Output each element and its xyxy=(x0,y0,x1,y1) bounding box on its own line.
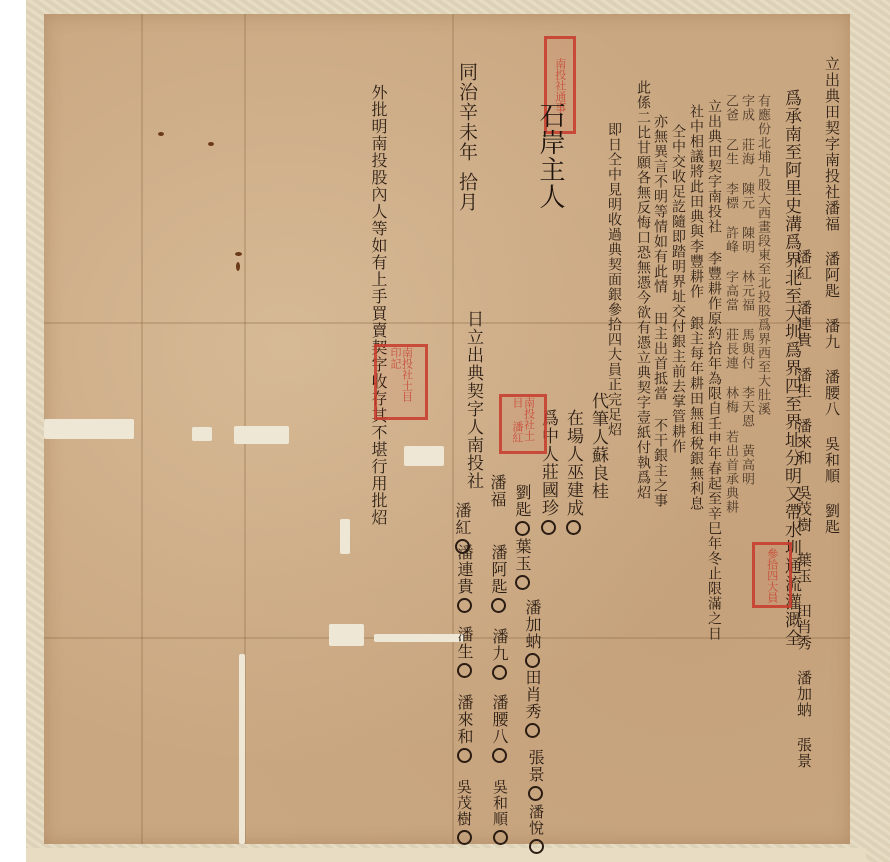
stain xyxy=(236,262,240,271)
signatory: 吳茂樹 xyxy=(456,779,472,845)
signature-mark-icon xyxy=(492,665,507,680)
signature-mark-icon xyxy=(525,653,540,668)
present-role: 在場人 xyxy=(563,409,583,463)
signature-mark-icon xyxy=(515,521,530,536)
signatory: 潘生 xyxy=(456,626,472,678)
present-line: 在場人巫建成 xyxy=(564,409,581,535)
body-column-4: 有應份北埔九股大西畫段東至北投股爲界西至大肚溪 xyxy=(756,94,769,416)
signature-mark-icon xyxy=(525,723,540,738)
issuer-column: 日立出典契字人南投社 xyxy=(464,310,481,490)
paper-loss xyxy=(340,519,350,554)
left-margin xyxy=(0,0,26,862)
signatory: 潘悅 xyxy=(528,804,544,854)
body-column-8: 社中相議將此田典與李豐耕作 銀主每年耕田無租稅銀無利息 xyxy=(689,104,703,511)
present-name: 巫建成 xyxy=(563,463,583,517)
signature-mark-icon xyxy=(492,748,507,763)
stain xyxy=(158,132,164,136)
signatory: 劉匙 xyxy=(514,484,530,536)
signatory: 潘九 xyxy=(491,628,507,680)
body-column-5: 字成 莊海 陳元 陳明 林元福 馬與付 李天恩 黃高明 xyxy=(740,94,753,486)
signatory: 潘腰八 xyxy=(491,694,507,763)
outer-note: 外批明南投股內人等如有上手買賣契字收存其不堪行用批炤 xyxy=(370,84,386,526)
signatory: 田肖秀 xyxy=(524,669,540,738)
signature-mark-icon xyxy=(457,748,472,763)
signature-mark-icon xyxy=(515,575,530,590)
signatory: 潘阿匙 xyxy=(490,544,506,613)
signature-mark-icon xyxy=(457,830,472,845)
paper-loss xyxy=(404,446,444,466)
reign-year: 同治辛未年 xyxy=(456,62,478,162)
outer-note-prefix: 外 xyxy=(369,84,388,101)
signatory: 吳和順 xyxy=(492,779,508,845)
signatory: 潘連貴 xyxy=(456,544,472,613)
signature-mark-icon xyxy=(541,520,556,535)
body-column-7: 立出典田契字南投社 李豐耕作原約拾年為限自壬申年春起至辛巳年冬止限滿之日 xyxy=(707,99,721,641)
body-column-1: 立出典田契字南投社潘福 潘阿匙 潘九 潘腰八 吳和順 劉匙 xyxy=(824,56,839,535)
body-column-6: 乙爸 乙生 李標 許峰 字高當 莊長連 林梅 若出首承典耕 xyxy=(724,94,737,514)
seal-amount: 參拾四大員 xyxy=(752,542,792,608)
date-line: 同治辛未年拾月 xyxy=(457,62,476,212)
stain xyxy=(235,252,242,256)
endorsement: 石岸主人 xyxy=(537,102,563,210)
body-column-10: 亦無異言不明等情如有此情 田主出首抵當 不干銀主之事 xyxy=(653,114,667,508)
fold-line xyxy=(141,14,143,844)
bottom-mount-strip xyxy=(26,848,866,862)
outer-note-text: 批明南投股內人等如有上手買賣契字收存其不堪行用批炤 xyxy=(369,101,388,526)
paper-loss xyxy=(239,654,245,844)
signatory: 潘來和 xyxy=(456,694,472,763)
paper-loss xyxy=(192,427,212,441)
scribe-line: 代筆人蘇良桂 xyxy=(589,392,606,500)
closing-column: 此係二比甘願各無反悔口恐無憑今欲有憑立典契字壹紙付執爲炤 xyxy=(636,80,650,500)
fold-line xyxy=(452,14,454,844)
signature-mark-icon xyxy=(457,663,472,678)
signature-mark-icon xyxy=(529,839,544,854)
paper-loss xyxy=(234,426,289,444)
signature-mark-icon xyxy=(566,520,581,535)
scribe-role: 代筆人 xyxy=(588,392,608,446)
month: 拾月 xyxy=(456,172,478,212)
paper-loss xyxy=(374,634,464,642)
seal-left: 南投社土目 印記 xyxy=(374,344,428,420)
signature-mark-icon xyxy=(457,598,472,613)
seal-tumu: 南投社土目 潘紅 xyxy=(499,394,547,454)
signatory: 潘福 xyxy=(489,474,505,508)
signature-mark-icon xyxy=(528,786,543,801)
signature-mark-icon xyxy=(493,830,508,845)
signature-mark-icon xyxy=(491,598,506,613)
signatory: 葉玉 xyxy=(514,538,530,590)
signatory: 潘加蚋 xyxy=(524,599,540,668)
stain xyxy=(208,142,214,146)
receipt-column: 即日仝中見明收過典契面銀參拾四大員正完足炤 xyxy=(607,122,621,437)
body-column-9: 仝中交收足訖隨即踏明界址交付銀主前去掌管耕作 xyxy=(671,124,685,454)
paper-loss xyxy=(329,624,364,646)
paper-loss xyxy=(44,419,134,439)
signatory: 張景 xyxy=(527,749,543,801)
scribe-name: 蘇良桂 xyxy=(588,446,608,500)
middleman-name: 莊國珍 xyxy=(538,463,558,517)
contract-paper: 立出典田契字南投社潘福 潘阿匙 潘九 潘腰八 吳和順 劉匙 潘紅 潘連貴 潘生 … xyxy=(44,14,850,844)
